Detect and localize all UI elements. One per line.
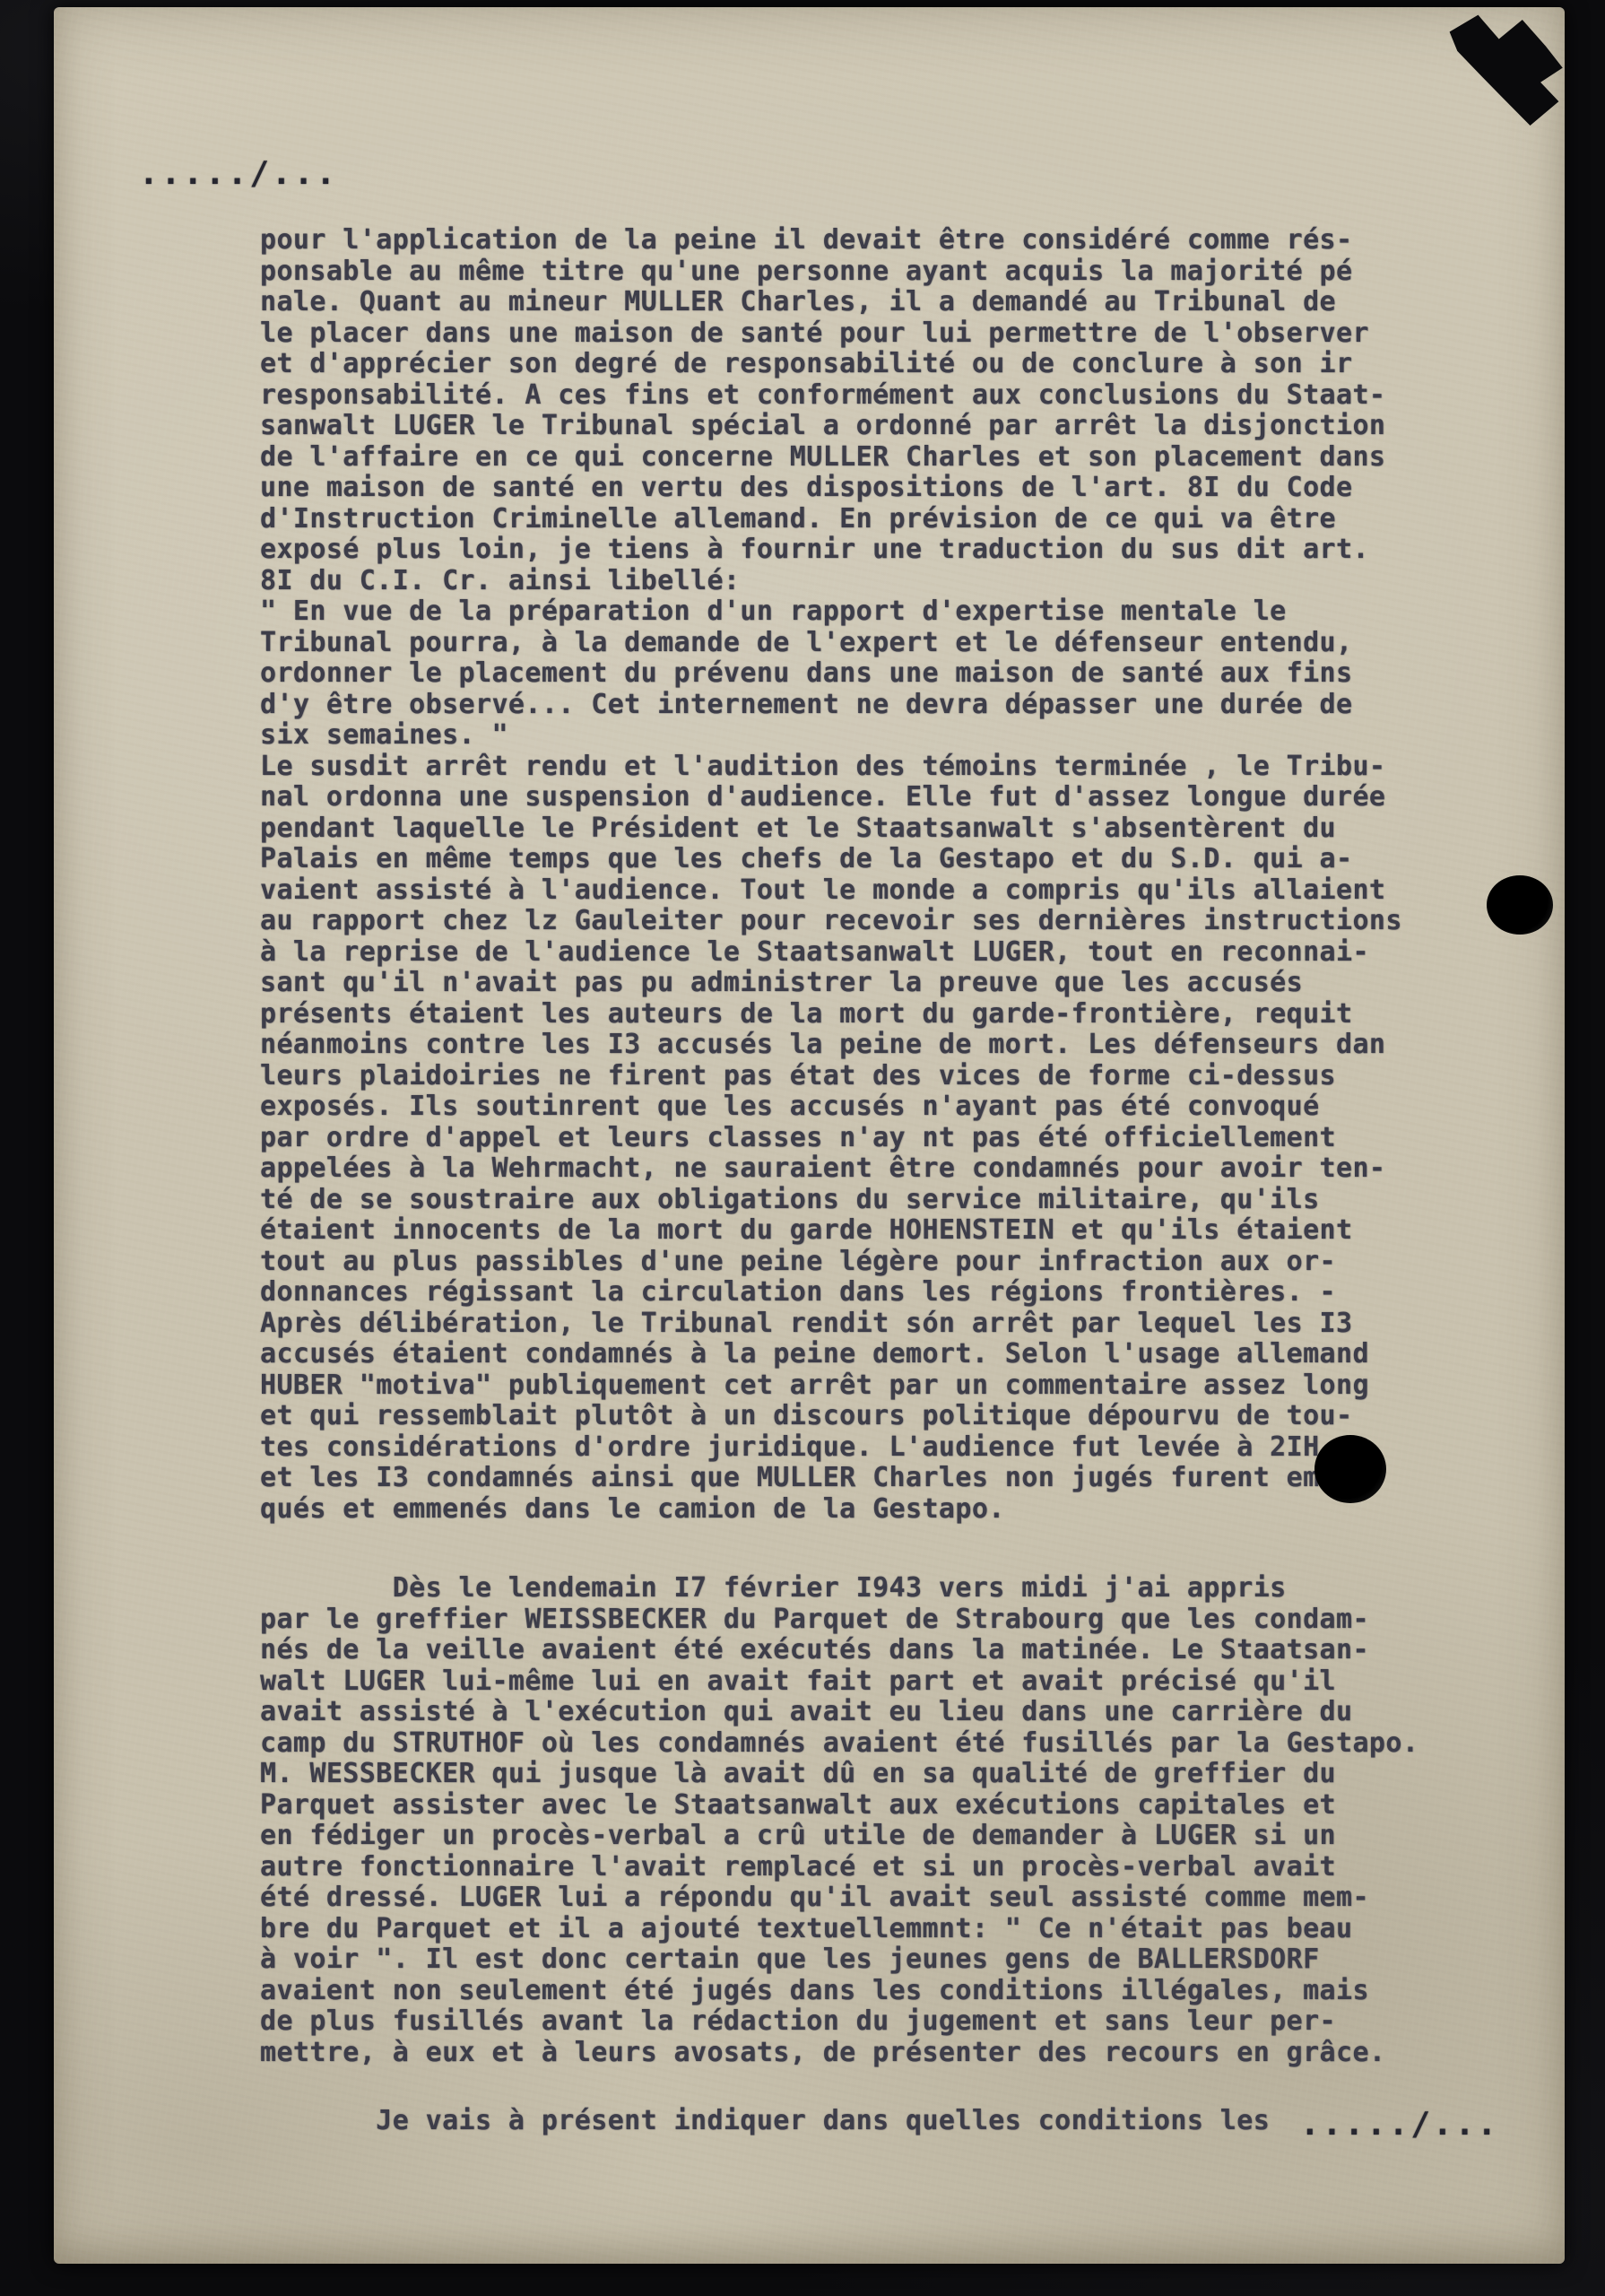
document-body: pour l'application de la peine il devait… [260,225,1515,2137]
text-line: sant qu'il n'avait pas pu administrer la… [260,968,1515,999]
text-line: Palais en même temps que les chefs de la… [260,844,1515,875]
text-line: et qui ressemblait plutôt à un discours … [260,1401,1515,1432]
text-line: Le susdit arrêt rendu et l'audition des … [260,752,1515,783]
text-line: exposés. Ils soutinrent que les accusés … [260,1091,1515,1123]
document-page: ...../... pour l'application de la peine… [54,7,1565,2264]
text-line: Tribunal pourra, à la demande de l'exper… [260,628,1515,659]
text-line: nal ordonna une suspension d'audience. E… [260,782,1515,813]
text-line: été dressé. LUGER lui a répondu qu'il av… [260,1883,1515,1914]
hole-punch-bottom [1314,1435,1386,1503]
text-line: à la reprise de l'audience le Staatsanwa… [260,937,1515,969]
text-line: en fédiger un procès-verbal a crû utile … [260,1821,1515,1852]
text-line: d'y être observé... Cet internement ne d… [260,690,1515,721]
text-line: par le greffier WEISSBECKER du Parquet d… [260,1605,1515,1636]
text-line: 8I du C.I. Cr. ainsi libellé: [260,566,1515,597]
text-line: qués et emmenés dans le camion de la Ges… [260,1494,1515,1526]
text-line: responsabilité. A ces fins et conforméme… [260,380,1515,412]
paragraph-executions-next-day: Dès le lendemain I7 février I943 vers mi… [260,1573,1515,2068]
text-line: néanmoins contre les I3 accusés la peine… [260,1030,1515,1061]
text-line: étaient innocents de la mort du garde HO… [260,1215,1515,1247]
text-line: tout au plus passibles d'une peine légèr… [260,1247,1515,1278]
text-line: à voir ". Il est donc certain que les je… [260,1944,1515,1976]
text-line: accusés étaient condamnés à la peine dem… [260,1339,1515,1370]
text-line: nés de la veille avaient été exécutés da… [260,1635,1515,1666]
text-line: HUBER "motiva" publiquement cet arrêt pa… [260,1370,1515,1402]
text-line: walt LUGER lui-même lui en avait fait pa… [260,1666,1515,1698]
text-line: par ordre d'appel et leurs classes n'ay … [260,1123,1515,1154]
text-line: ponsable au même titre qu'une personne a… [260,257,1515,288]
continuation-marker-bottom: ...../... [1300,2106,1499,2143]
text-line: de plus fusillés avant la rédaction du j… [260,2006,1515,2038]
text-line: d'Instruction Criminelle allemand. En pr… [260,504,1515,535]
text-line: té de se soustraire aux obligations du s… [260,1185,1515,1216]
text-line: autre fonctionnaire l'avait remplacé et … [260,1852,1515,1883]
text-line: le placer dans une maison de santé pour … [260,318,1515,350]
text-line: " En vue de la préparation d'un rapport … [260,596,1515,628]
text-line: pendant laquelle le Président et le Staa… [260,813,1515,845]
text-line: leurs plaidoiries ne firent pas état des… [260,1061,1515,1092]
text-line: nale. Quant au mineur MULLER Charles, il… [260,287,1515,318]
text-line: au rapport chez lz Gauleiter pour recevo… [260,906,1515,937]
text-line: vaient assisté à l'audience. Tout le mon… [260,875,1515,907]
torn-corner [1439,13,1569,133]
text-line: Dès le lendemain I7 février I943 vers mi… [260,1573,1515,1605]
text-line: de l'affaire en ce qui concerne MULLER C… [260,442,1515,474]
text-line: ordonner le placement du prévenu dans un… [260,658,1515,690]
text-line: M. WESSBECKER qui jusque là avait dû en … [260,1759,1515,1790]
hole-punch-top [1487,875,1553,935]
text-line: six semaines. " [260,720,1515,752]
text-line: bre du Parquet et il a ajouté textuellem… [260,1914,1515,1945]
text-line: et d'apprécier son degré de responsabili… [260,349,1515,380]
text-line: Après délibération, le Tribunal rendit s… [260,1309,1515,1340]
text-line: Parquet assister avec le Staatsanwalt au… [260,1790,1515,1822]
photographed-document-scene: ...../... pour l'application de la peine… [0,0,1605,2296]
continuation-marker-top: ...../... [139,155,338,192]
text-line: présents étaient les auteurs de la mort … [260,999,1515,1031]
text-line: avait assisté à l'exécution qui avait eu… [260,1697,1515,1728]
text-line: donnances régissant la circulation dans … [260,1277,1515,1309]
text-line: pour l'application de la peine il devait… [260,225,1515,257]
text-line: exposé plus loin, je tiens à fournir une… [260,535,1515,566]
text-line: camp du STRUTHOF où les condamnés avaien… [260,1728,1515,1760]
text-line: sanwalt LUGER le Tribunal spécial a ordo… [260,411,1515,442]
text-line: appelées à la Wehrmacht, ne sauraient êt… [260,1153,1515,1185]
text-line: une maison de santé en vertu des disposi… [260,473,1515,504]
text-line: mettre, à eux et à leurs avosats, de pré… [260,2038,1515,2069]
paragraph-trial-verdict: pour l'application de la peine il devait… [260,225,1515,1525]
text-line: avaient non seulement été jugés dans les… [260,1976,1515,2007]
